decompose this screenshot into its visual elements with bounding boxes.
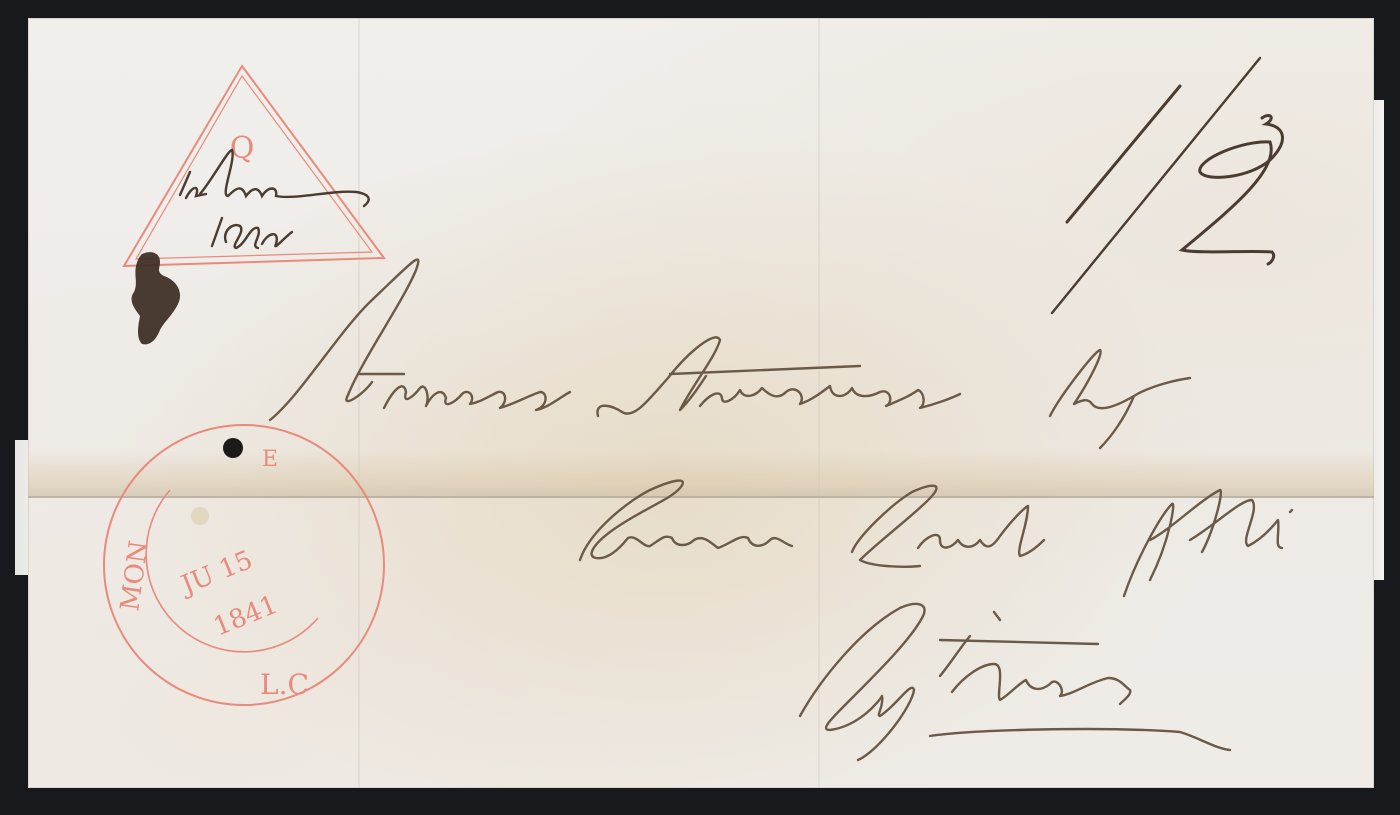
triangle-handstamp: Q bbox=[124, 66, 384, 266]
datestamp-town: MON bbox=[115, 539, 155, 613]
datestamp-top-letter: E bbox=[262, 447, 278, 472]
address-handwriting bbox=[270, 260, 1292, 760]
datestamp-date: JU 15 bbox=[175, 545, 257, 602]
triangle-letter: Q bbox=[230, 131, 255, 166]
circular-datestamp: MON E JU 15 1841 L.C bbox=[104, 425, 384, 705]
datestamp-province: L.C bbox=[260, 668, 309, 701]
punch-hole bbox=[223, 438, 243, 458]
markings-layer: Q MON E JU 15 1841 L.C bbox=[0, 0, 1400, 815]
rate-marking bbox=[1052, 58, 1282, 313]
ink-blot bbox=[132, 252, 181, 344]
datestamp-year: 1841 bbox=[209, 590, 282, 643]
